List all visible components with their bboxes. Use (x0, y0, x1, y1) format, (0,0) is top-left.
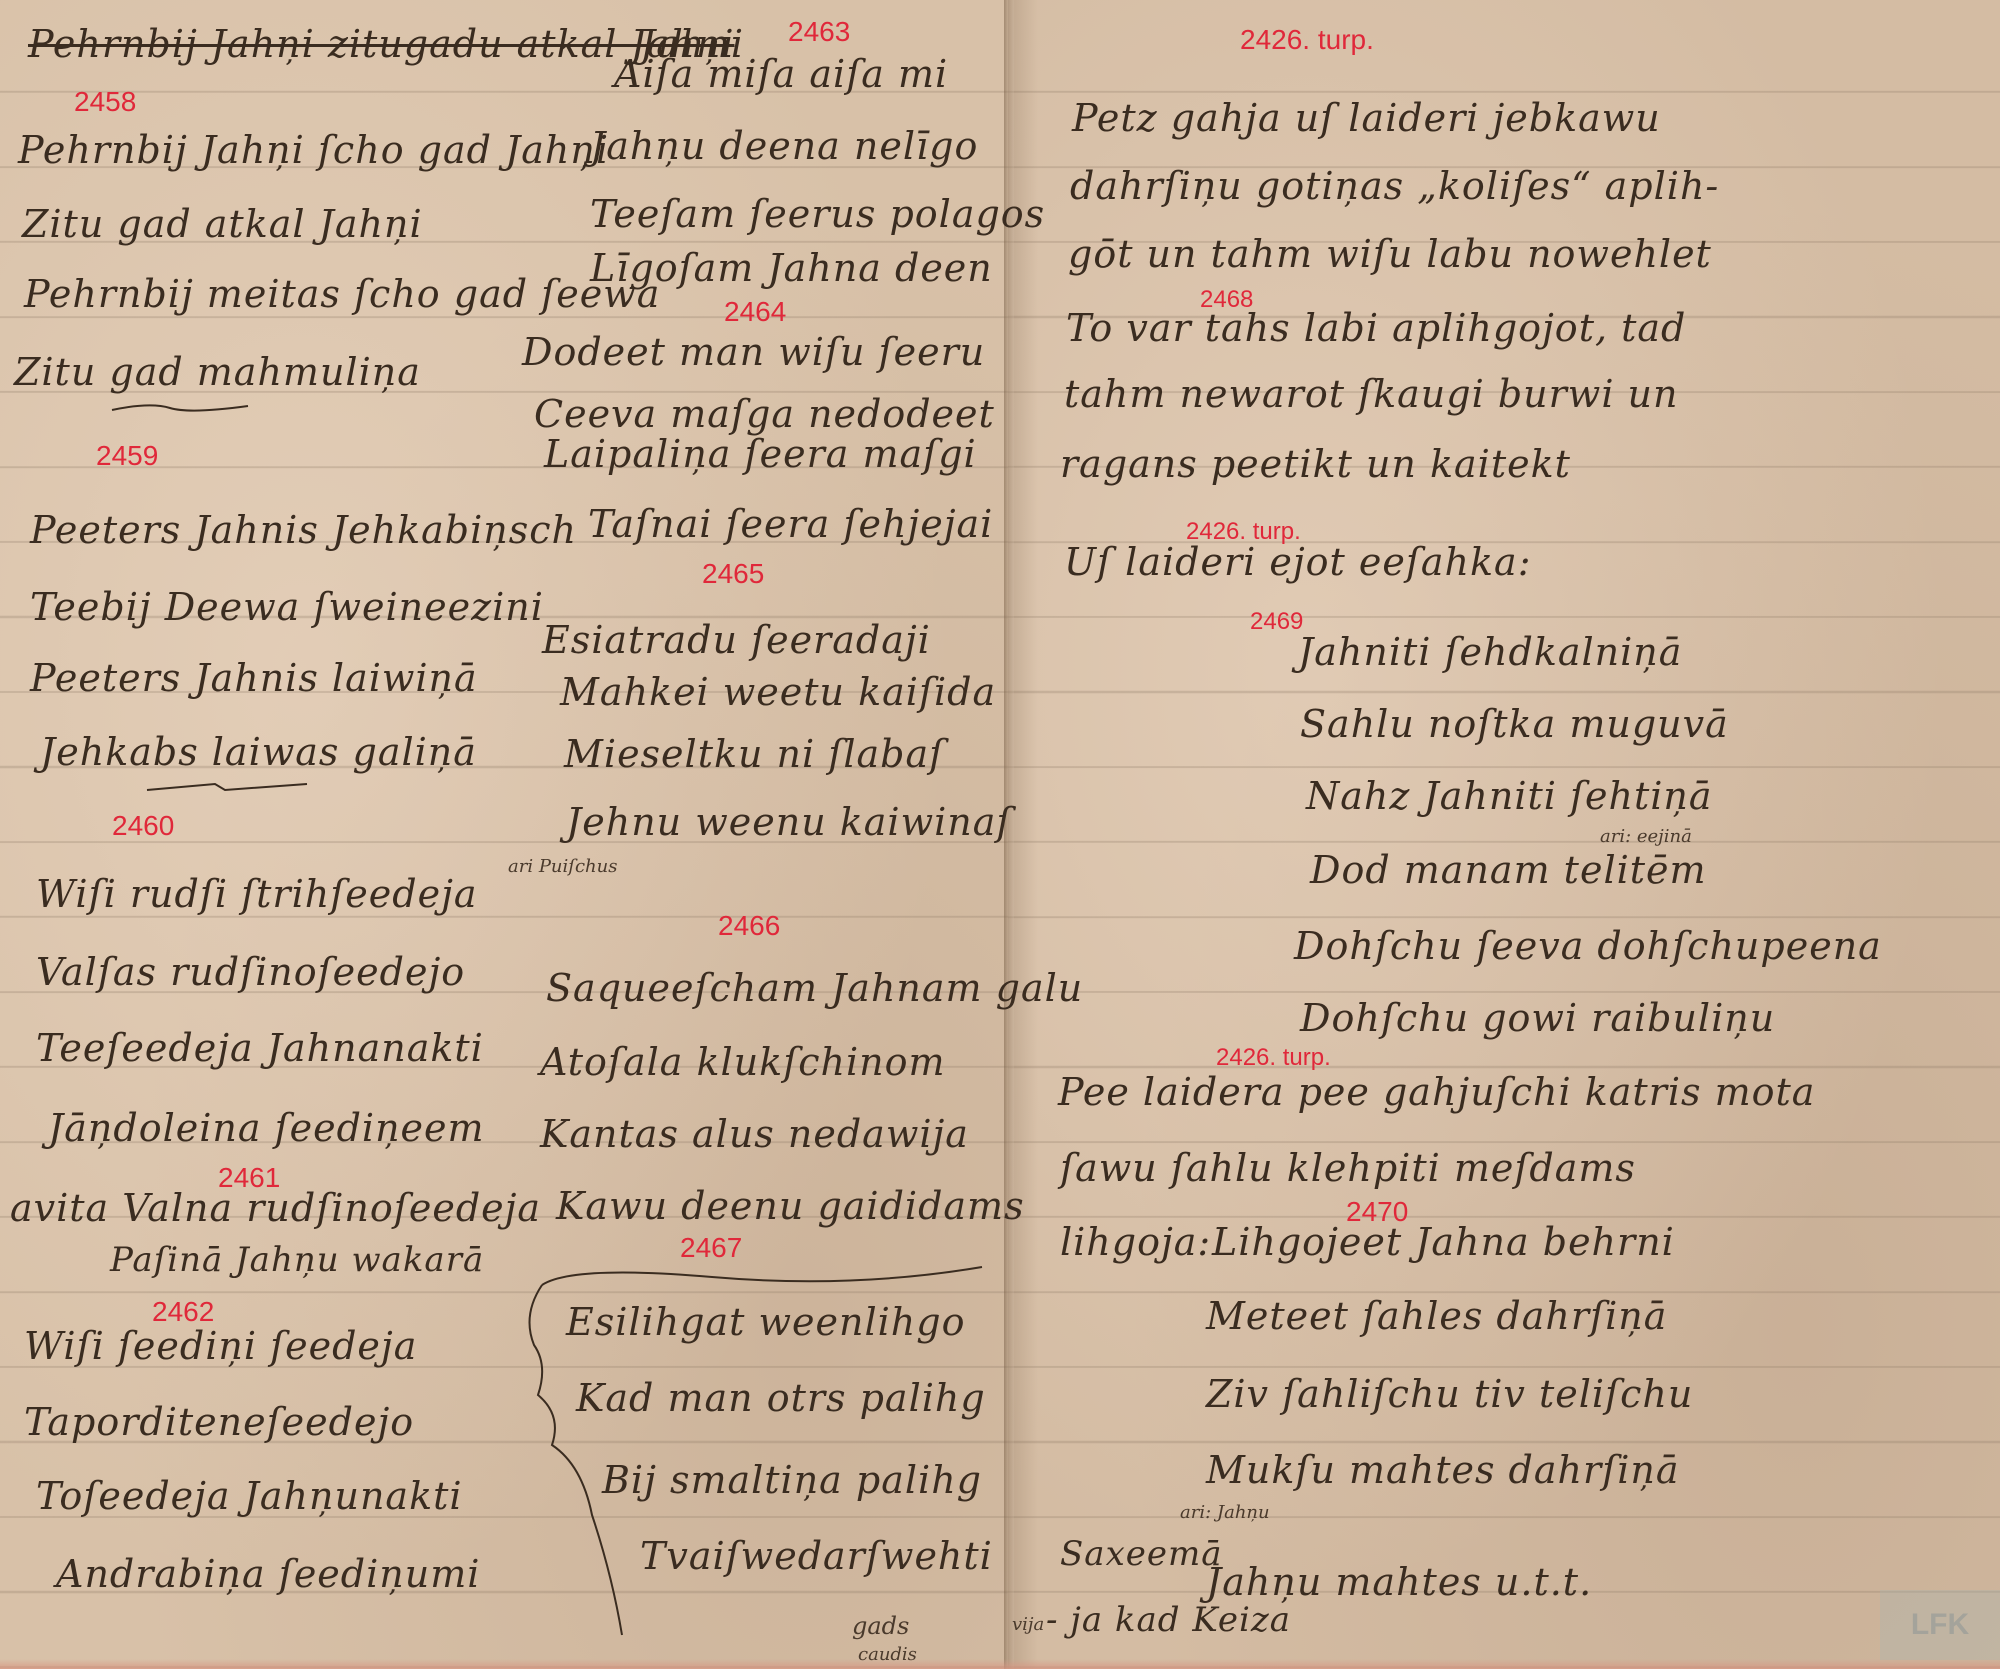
verse-line: Meteet ſahles dahrſiņā (1206, 1294, 1667, 1338)
verse-line: Wiſi rudſi ſtrihſeedeja (36, 872, 478, 916)
song-number: 2459 (96, 440, 158, 472)
verse-line: Ceeva maſga nedodeet (534, 392, 995, 436)
verse-line: Pehrnbij meitas ſcho gad ſeewa (24, 272, 660, 316)
song-number: 2469 (1250, 608, 1303, 636)
verse-line: Saqueeſcham Jahnam galu (546, 966, 1083, 1010)
verse-line: Esilihgat weenlihgo (566, 1300, 965, 1344)
reference-number: 2426. turp. (1216, 1044, 1331, 1072)
verse-line: Teebij Deewa ſweineezini (30, 585, 544, 629)
verse-line: Mukſu mahtes dahrſiņā (1206, 1448, 1680, 1492)
song-number: 2463 (788, 16, 850, 48)
verse-line: Valſas rudſinoſeedejo (36, 950, 465, 994)
verse-line: Bij smaltiņa palihg (602, 1458, 982, 1502)
verse-line: Atoſala klukſchinom (540, 1040, 946, 1084)
verse-line: Taporditeneſeedejo (24, 1400, 414, 1444)
verse-line: Aiſa miſa aiſa mi (614, 52, 948, 96)
verse-line: Kad man otrs palihg (576, 1376, 986, 1420)
verse-line: Dod manam telitēm (1310, 848, 1707, 892)
verse-line: Kawu deenu gaididams (556, 1184, 1025, 1228)
variant-note: ari Puiſchus (508, 856, 617, 877)
verse-line: Esiatradu ſeeradaji (542, 618, 931, 662)
separator-squiggle (110, 400, 250, 414)
verse-line: Lihgojeet Jahna behrni (1212, 1220, 1675, 1264)
text-line: Pee laidera pee gahjuſchi katris mota (1058, 1070, 1815, 1114)
verse-line: Ziv ſahliſchu tiv teliſchu (1206, 1372, 1693, 1416)
verse-line: Sahlu noſtka muguvā (1300, 702, 1729, 746)
song-number: 2465 (702, 558, 764, 590)
song-number: 2458 (74, 86, 136, 118)
verse-line: Zitu gad mahmuliņa (14, 350, 421, 394)
verse-line: Dodeet man wiſu ſeeru (522, 330, 985, 374)
verse-line: Pehrnbij Jahņi ſcho gad Jahņi (18, 128, 609, 172)
verse-line: Nahz Jahniti ſehtiņā (1306, 774, 1713, 818)
song-number: 2460 (112, 810, 174, 842)
text-line: gōt un tahm wiſu labu nowehlet (1068, 232, 1712, 276)
text-line: To var tahs labi aplihgojot, tad (1066, 306, 1686, 350)
archive-watermark-logo: LFK (1880, 1590, 2000, 1660)
verse-line: Mieseltku ni ſlabaſ (564, 732, 944, 776)
text-line: Petz gahja uſ laideri jebkawu (1072, 96, 1661, 140)
verse-line: Laipaliņa ſeera maſgi (544, 432, 977, 476)
verse-line: Kantas alus nedawija (540, 1112, 969, 1156)
margin-note: Saxeemā (1060, 1534, 1223, 1574)
verse-line: Līgoſam Jahna deen (590, 246, 993, 290)
separator-squiggle (145, 780, 310, 794)
verse-line: Paſinā Jahņu wakarā (110, 1240, 484, 1280)
verse-line: Peeters Jahnis Jehkabiņsch (30, 508, 577, 552)
text-line: lihgoja: (1060, 1220, 1211, 1264)
verse-line: Taſnai ſeera ſehjejai (588, 502, 993, 546)
text-line: ſawu ſahlu klehpiti meſdams (1060, 1146, 1636, 1190)
verse-line: Tvaiſwedarſwehti (640, 1534, 993, 1578)
verse-line: Wiſi ſeediņi ſeedeja (24, 1324, 417, 1368)
verse-line: Dohſchu ſeeva dohſchupeena (1294, 924, 1882, 968)
text-line: ragans peetikt un kaitekt (1060, 442, 1571, 486)
verse-line: Jahniti ſehdkalniņā (1298, 630, 1682, 674)
interlinear-variant-note: ari: eejinā (1600, 826, 1692, 847)
correction-note: gads (852, 1612, 909, 1640)
verse-line: Jahņu mahtes u.t.t. (1206, 1560, 1592, 1604)
verse-line: avita Valna rudſinoſeedeja (10, 1186, 541, 1230)
correction-note: vija (1012, 1614, 1044, 1635)
verse-line: Jahņu deena nelīgo (590, 124, 978, 168)
song-number: 2466 (718, 910, 780, 942)
verse-line: Andrabiņa ſeediņumi (56, 1552, 480, 1596)
text-line: tahm newarot ſkaugi burwi un (1064, 372, 1679, 416)
verse-line: Dohſchu gowi raibuliņu (1300, 996, 1775, 1040)
text-line: Uſ laideri ejot eeſahka: (1064, 540, 1532, 584)
text-line: dahrſiņu gotiņas „koliſes“ aplih- (1070, 164, 1719, 208)
verse-line: Jehkabs laiwas galiņā (40, 730, 477, 774)
verse-line: Teeſeedeja Jahnanakti (36, 1026, 484, 1070)
interlinear-variant-note: ari: Jahņu (1180, 1502, 1270, 1523)
margin-note: - ja kad Keiza (1046, 1600, 1291, 1640)
reference-number: 2426. turp. (1240, 24, 1374, 56)
verse-line: Toſeedeja Jahņunakti (36, 1474, 463, 1518)
correction-note: caudis (858, 1644, 917, 1665)
song-number: 2464 (724, 296, 786, 328)
verse-line: Teeſam ſeerus polagos (590, 192, 1045, 236)
verse-line: Jehnu weenu kaiwinaſ (566, 800, 1011, 844)
verse-line: Jāņdoleina ſeediņeem (48, 1106, 485, 1150)
verse-line: Peeters Jahnis laiwiņā (30, 656, 478, 700)
verse-line: Mahkei weetu kaiſida (560, 670, 996, 714)
verse-line: Zitu gad atkal Jahņi (22, 202, 423, 246)
